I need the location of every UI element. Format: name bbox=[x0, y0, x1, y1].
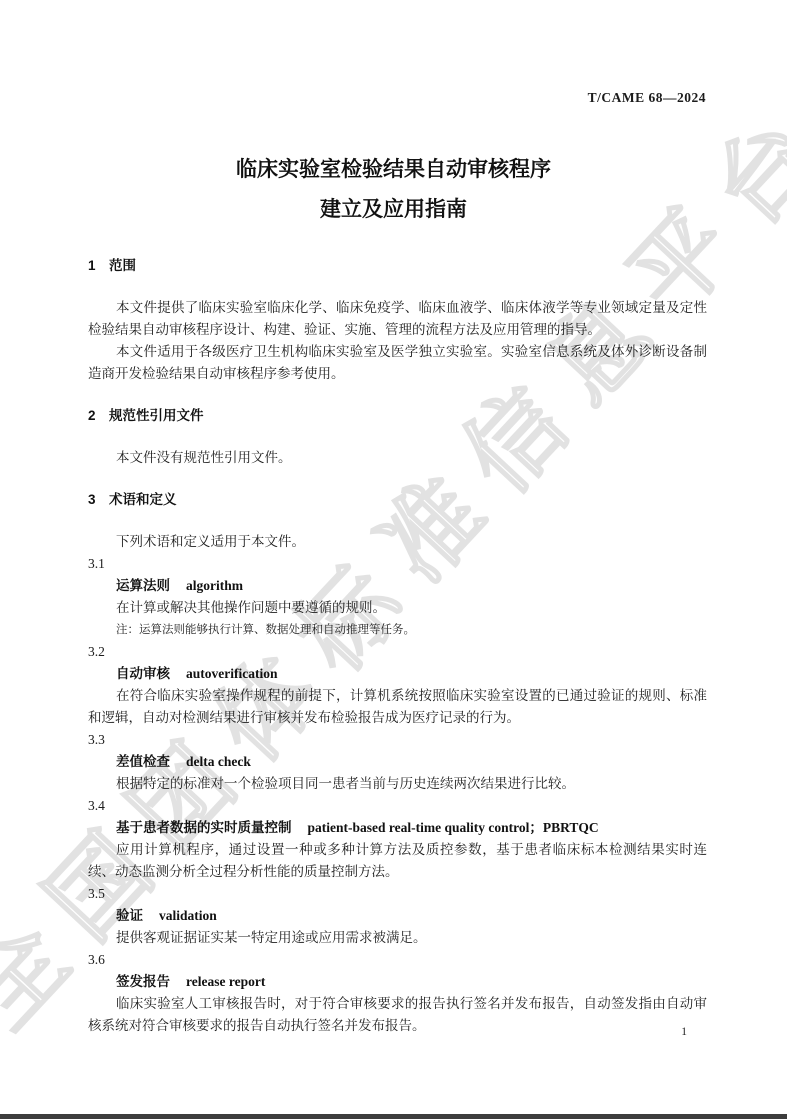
term-name: 签发报告release report bbox=[88, 971, 707, 993]
term-3-2: 3.2 自动审核autoverification 在符合临床实验室操作规程的前提… bbox=[88, 641, 707, 729]
term-name-zh: 自动审核 bbox=[116, 666, 170, 681]
paragraph: 本文件没有规范性引用文件。 bbox=[88, 447, 707, 469]
term-number: 3.5 bbox=[88, 883, 707, 905]
term-3-6: 3.6 签发报告release report 临床实验室人工审核报告时，对于符合… bbox=[88, 949, 707, 1037]
document-title-line2: 建立及应用指南 bbox=[0, 190, 787, 230]
term-name-zh: 验证 bbox=[116, 908, 143, 923]
term-name-en: validation bbox=[159, 908, 217, 923]
term-3-5: 3.5 验证validation 提供客观证据证实某一特定用途或应用需求被满足。 bbox=[88, 883, 707, 949]
term-name-en: autoverification bbox=[186, 666, 277, 681]
paragraph: 本文件适用于各级医疗卫生机构临床实验室及医学独立实验室。实验室信息系统及体外诊断… bbox=[88, 341, 707, 385]
term-name-zh: 差值检查 bbox=[116, 754, 170, 769]
term-number: 3.3 bbox=[88, 729, 707, 751]
term-number: 3.4 bbox=[88, 795, 707, 817]
term-number: 3.1 bbox=[88, 553, 707, 575]
paragraph: 下列术语和定义适用于本文件。 bbox=[88, 531, 707, 553]
term-name: 差值检查delta check bbox=[88, 751, 707, 773]
section-heading-normative-references: 2 规范性引用文件 bbox=[88, 405, 707, 427]
term-3-1: 3.1 运算法则algorithm 在计算或解决其他操作问题中要遵循的规则。 注… bbox=[88, 553, 707, 641]
term-name-en: algorithm bbox=[186, 578, 243, 593]
paragraph: 本文件提供了临床实验室临床化学、临床免疫学、临床血液学、临床体液学等专业领域定量… bbox=[88, 297, 707, 341]
standard-code: T/CAME 68—2024 bbox=[588, 90, 706, 106]
section-heading-terms-definitions: 3 术语和定义 bbox=[88, 489, 707, 511]
page-bottom-edge bbox=[0, 1114, 787, 1119]
page-number: 1 bbox=[681, 1026, 687, 1038]
term-number: 3.2 bbox=[88, 641, 707, 663]
term-name-en: patient-based real-time quality control；… bbox=[308, 820, 599, 835]
term-3-4: 3.4 基于患者数据的实时质量控制patient-based real-time… bbox=[88, 795, 707, 883]
term-name-zh: 签发报告 bbox=[116, 974, 170, 989]
term-definition: 提供客观证据证实某一特定用途或应用需求被满足。 bbox=[88, 927, 707, 949]
term-definition: 根据特定的标准对一个检验项目同一患者当前与历史连续两次结果进行比较。 bbox=[88, 773, 707, 795]
term-name-zh: 运算法则 bbox=[116, 578, 170, 593]
term-name: 验证validation bbox=[88, 905, 707, 927]
document-title-line1: 临床实验室检验结果自动审核程序 bbox=[0, 150, 787, 190]
term-definition: 在符合临床实验室操作规程的前提下，计算机系统按照临床实验室设置的已通过验证的规则… bbox=[88, 685, 707, 729]
term-name: 自动审核autoverification bbox=[88, 663, 707, 685]
document-body: 1 范围 本文件提供了临床实验室临床化学、临床免疫学、临床血液学、临床体液学等专… bbox=[88, 255, 707, 1037]
term-name: 运算法则algorithm bbox=[88, 575, 707, 597]
term-definition: 在计算或解决其他操作问题中要遵循的规则。 bbox=[88, 597, 707, 619]
term-name-zh: 基于患者数据的实时质量控制 bbox=[116, 820, 292, 835]
term-number: 3.6 bbox=[88, 949, 707, 971]
section-heading-scope: 1 范围 bbox=[88, 255, 707, 277]
document-page: 全国团体标准信息平台 T/CAME 68—2024 临床实验室检验结果自动审核程… bbox=[0, 0, 787, 1119]
term-name: 基于患者数据的实时质量控制patient-based real-time qua… bbox=[88, 817, 707, 839]
document-title: 临床实验室检验结果自动审核程序 建立及应用指南 bbox=[0, 150, 787, 230]
term-3-3: 3.3 差值检查delta check 根据特定的标准对一个检验项目同一患者当前… bbox=[88, 729, 707, 795]
term-note: 注：运算法则能够执行计算、数据处理和自动推理等任务。 bbox=[88, 619, 707, 641]
term-definition: 应用计算机程序，通过设置一种或多种计算方法及质控参数，基于患者临床标本检测结果实… bbox=[88, 839, 707, 883]
term-name-en: delta check bbox=[186, 754, 251, 769]
term-definition: 临床实验室人工审核报告时，对于符合审核要求的报告执行签名并发布报告，自动签发指由… bbox=[88, 993, 707, 1037]
term-name-en: release report bbox=[186, 974, 265, 989]
